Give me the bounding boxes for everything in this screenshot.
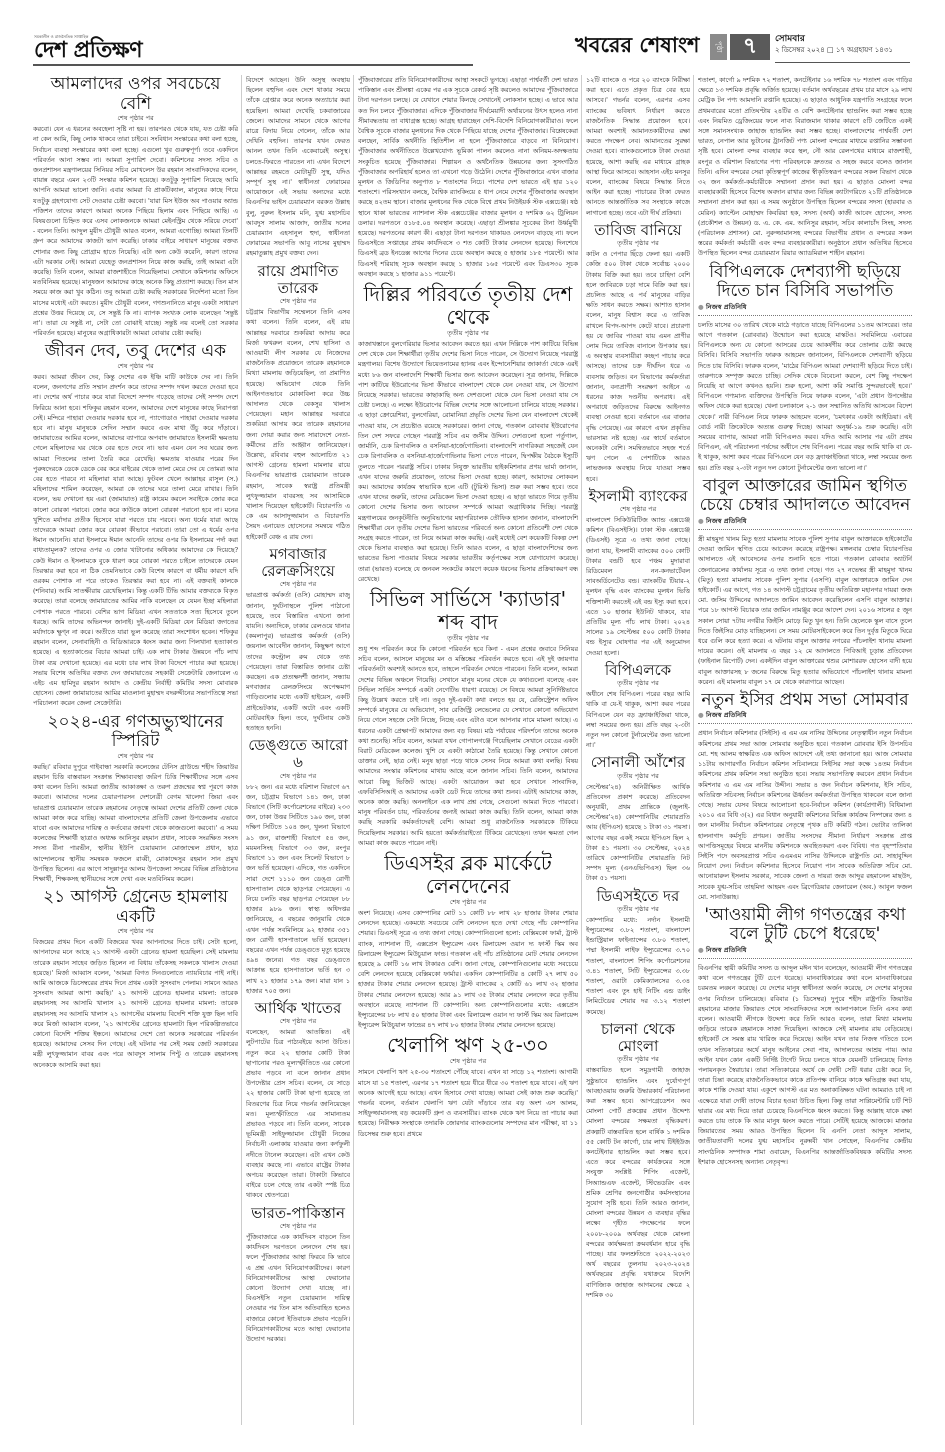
column-divider: [693, 75, 694, 1425]
article-body: বাংলাদেশ সিকিউরিটিজ অ্যান্ড এক্সচেঞ্জ কম…: [586, 515, 690, 658]
article-body: পুঁজিবাজারের প্রতি বিনিয়োগকারীদের আস্থা…: [358, 75, 578, 279]
column-2: বিদেশে আছেন। উনি অসুস্থ অবস্থায় ছিলেন ব…: [246, 75, 350, 1425]
byline: নিজস্ব প্রতিনিধি: [698, 516, 912, 530]
continuation-note: শেষ পৃষ্ঠার পর: [246, 297, 350, 306]
brand-name: দেশ প্রতিক্ষণ: [34, 40, 142, 62]
article-continued-bidesh: বিদেশে আছেন। উনি অসুস্থ অবস্থায় ছিলেন ব…: [246, 75, 350, 259]
article-continued-mongla: শতাংশ, কার্গো ৯ দশমিক ৭২ শতাংশ, কনটেইনার…: [698, 75, 912, 259]
byline: নিজস্ব প্রতিনিধি: [698, 710, 912, 724]
byline: নিজস্ব প্রতিনিধি: [698, 302, 912, 316]
article-body: সামনে খেলাপি ঋণ ২৫-৩০ শতাংশে পৌঁছে যাবে।…: [358, 1067, 578, 1138]
article-21-august: ২১ আগস্ট গ্রেনেড হামলায় একটি শেষ পৃষ্ঠা…: [33, 888, 238, 1070]
page-number: ৭: [730, 34, 770, 60]
masthead: সমকালীন ও রাজনৈতিক সাপ্তাহিক দেশ প্রতিক্…: [0, 0, 945, 62]
article-bpl-deshbyapi: বিপিএলকে দেশব্যাপী ছড়িয়ে দিতে চান বিসি…: [698, 263, 912, 473]
headline: ২১ আগস্ট গ্রেনেড হামলায় একটি: [33, 888, 238, 927]
article-body: ৮৮২ জন। এর মধ্যে বরিশাল বিভাগে ৬৭ জন, চট…: [246, 782, 350, 996]
headline: আমলাদের ওপর সবচেয়ে বেশি: [33, 75, 238, 114]
headline: ডিএসইর ব্লক মার্কেটে লেনদেনের: [358, 852, 578, 898]
continuation-note: শেষ পৃষ্ঠার পর: [246, 1222, 350, 1231]
header-rule-right: [775, 62, 910, 63]
continuation-note: শেষ পৃষ্ঠার পর: [246, 1017, 350, 1026]
article-gonoovyuthan-spirit: ২০২৪-এর গণঅভ্যুত্থানের স্পিরিট শেষ পৃষ্ঠ…: [33, 713, 238, 885]
newspaper-logo: সমকালীন ও রাজনৈতিক সাপ্তাহিক দেশ প্রতিক্…: [34, 34, 142, 62]
article-body: সেপ্টেম্বর'২৪) অনিরীক্ষিত আর্থিক প্রতিবে…: [586, 782, 690, 884]
headline: নতুন ইসির প্রথম সভা সোমবার: [698, 691, 912, 711]
dateline: সোমবার ২ ডিসেম্বর ২০২৪ □ ১৭ অগ্রহায়ণ ১৪…: [775, 33, 945, 55]
article-dillir-poribarte: দিল্লির পরিবর্তে তৃতীয় দেশ থেকে তৃতীয় …: [358, 283, 578, 584]
article-body: কোম্পানির মধ্যে: নর্দান ইসলামী ইন্স্যুরে…: [586, 915, 690, 1017]
continuation-note: তৃতীয় পৃষ্ঠার পর: [586, 239, 690, 248]
article-body: অধীনে শেষ বিপিএল। পরের বছর আমি থাকি বা য…: [586, 689, 690, 750]
article-bharat-pakistan: ভারত-পাকিস্তান শেষ পৃষ্ঠার পর পুঁজিবাজার…: [246, 1205, 350, 1344]
dateline-date: ২ ডিসেম্বর ২০২৪ □ ১৭ অগ্রহায়ণ ১৪৩১: [775, 45, 945, 55]
headline: খেলাপি ঋণ ২৫-৩০: [358, 1034, 578, 1057]
continuation-note: তৃতীয় পৃষ্ঠার পর: [586, 772, 690, 781]
column-divider: [241, 75, 242, 1425]
continuation-note: শেষ পৃষ্ঠার পর: [33, 114, 238, 123]
dateline-day: সোমবার: [775, 33, 945, 45]
article-body: কাজাখস্তানে বুলগেরিয়ার ভিসার আবেদন করতে…: [358, 339, 578, 584]
article-dse-block-market: ডিএসইর ব্লক মার্কেটে লেনদেনের শেষ পৃষ্ঠা…: [358, 852, 578, 1030]
article-continued-punjibazar: পুঁজিবাজারের প্রতি বিনিয়োগকারীদের আস্থা…: [358, 75, 578, 279]
column-1: আমলাদের ওপর সবচেয়ে বেশি শেষ পৃষ্ঠার পর …: [33, 75, 238, 1425]
header-rule-left: [33, 64, 473, 66]
article-body: কাটন ও পেপার ছিঁড়ে ফেলা হয়। একটি কেজি …: [586, 249, 690, 484]
article-civil-service: সিভিল সার্ভিসে 'ক্যাডার' শব্দ বাদ তৃতীয়…: [358, 588, 578, 848]
article-tabij-baniye: তাবিজ বানিয়ে তৃতীয় পৃষ্ঠার পর কাটন ও প…: [586, 222, 690, 484]
column-divider: [581, 75, 582, 1425]
article-body: বাস্তবায়িত হলে সমুদ্রগামী জাহাজ সুষ্ঠুভ…: [586, 1065, 690, 1300]
headline: চালনা থেকে মোংলা: [586, 1021, 690, 1056]
article-sonali-aash: সোনালী আঁশের তৃতীয় পৃষ্ঠার পর সেপ্টেম্ব…: [586, 754, 690, 883]
column-5: শতাংশ, কার্গো ৯ দশমিক ৭২ শতাংশ, কনটেইনার…: [698, 75, 912, 1425]
continuation-note: তৃতীয় পৃষ্ঠার পর: [586, 1055, 690, 1064]
article-dse-dor: ডিএসইতে দর তৃতীয় পৃষ্ঠার পর কোম্পানির ম…: [586, 888, 690, 1017]
article-dengue: ডেঙ্গুতে আরো ৬ শেষ পৃষ্ঠার পর ৮৮২ জন। এর…: [246, 737, 350, 996]
article-chalna-mongla: চালনা থেকে মোংলা তৃতীয় পৃষ্ঠার পর বাস্ত…: [586, 1021, 690, 1300]
article-awami-league-tuti: 'আওয়ামী লীগ গণতন্ত্রের কথা বলে টুটি চেপ…: [698, 906, 912, 1167]
headline: সোনালী আঁশের: [586, 754, 690, 771]
article-jibon-debo: জীবন দেব, তবু দেশের এক শেষ পৃষ্ঠার পর কর…: [33, 342, 238, 708]
column-4: ১২টি ব্যাংকে ও পরে ২০ ব্যাংকে নিরীক্ষা ক…: [586, 75, 690, 1425]
continuation-note: শেষ পৃষ্ঠার পর: [246, 580, 350, 589]
article-body: বিজয়ের প্রথম দিনে একটি বিজয়ের খবর আপনা…: [33, 937, 238, 1070]
article-mogbazar-rail: মগবাজার রেলক্রসিংয়ে শেষ পৃষ্ঠার পর ভারপ…: [246, 546, 350, 733]
headline: রায়ে প্রমাণিত তারেক: [246, 263, 350, 298]
continuation-note: তৃতীয় পৃষ্ঠার পর: [358, 329, 578, 338]
headline: ডিএসইতে দর: [586, 888, 690, 905]
headline: সিভিল সার্ভিসে 'ক্যাডার' শব্দ বাদ: [358, 588, 578, 634]
article-body: বিএনপির স্থায়ী কমিটির সদস্য ড আব্দুল মঈ…: [698, 963, 912, 1167]
headline: জীবন দেব, তবু দেশের এক: [33, 342, 238, 362]
headline: বিপিএলকে: [586, 662, 690, 679]
headline: ইসলামী ব্যাংকের: [586, 488, 690, 505]
headline: ২০২৪-এর গণঅভ্যুত্থানের স্পিরিট: [33, 713, 238, 752]
article-body: শতাংশ, কার্গো ৯ দশমিক ৭২ শতাংশ, কনটেইনার…: [698, 75, 912, 259]
article-amlader-opor: আমলাদের ওপর সবচেয়ে বেশি শেষ পৃষ্ঠার পর …: [33, 75, 238, 338]
article-body: প্রধান নির্বাচন কমিশনার (সিইসি) এ এম এম …: [698, 728, 912, 901]
article-body: চলতি মাসের ৩০ তারিখ থেকে মাঠে গড়াতে যাচ…: [698, 320, 912, 473]
article-body: শুধু শব্দ পরিবর্তন করে কি কোনো পরিবর্তন …: [358, 644, 578, 848]
article-body: ভারপ্রাপ্ত কর্মকর্তা (ওসি) মোহাম্মদ রাজু…: [246, 590, 350, 733]
continuation-note: তৃতীয় পৃষ্ঠার পর: [358, 634, 578, 643]
article-body: স্ত্রী মাহমুদা খানম মিতু হত্যা মামলায় স…: [698, 534, 912, 687]
article-body: অংশ নিয়েছে। এসব কোম্পানির মোট ১১ কোটি ৮…: [358, 908, 578, 1030]
headline: বিপিএলকে দেশব্যাপী ছড়িয়ে দিতে চান বিসি…: [698, 263, 912, 302]
article-bpl-continued: বিপিএলকে তৃতীয় পৃষ্ঠার পর অধীনে শেষ বিপ…: [586, 662, 690, 750]
article-babul-akter: বাবুল আক্তারের জামিন স্থগিত চেয়ে চেম্বা…: [698, 477, 912, 687]
headline: ডেঙ্গুতে আরো ৬: [246, 737, 350, 772]
continuation-note: শেষ পৃষ্ঠার পর: [246, 772, 350, 781]
continuation-note: শেষ পৃষ্ঠার পর: [33, 752, 238, 761]
article-islami-bank: ইসলামী ব্যাংকের শেষ পৃষ্ঠার পর বাংলাদেশ …: [586, 488, 690, 658]
article-body: বলেছেন, আমরা আতঙ্কিত। এই লুটপাটের চিত্র …: [246, 1027, 350, 1200]
continuation-note: শেষ পৃষ্ঠার পর: [358, 898, 578, 907]
continuation-note: শেষ পৃষ্ঠার পর: [358, 1057, 578, 1066]
headline: বাবুল আক্তারের জামিন স্থগিত চেয়ে চেম্বা…: [698, 477, 912, 516]
article-notun-ec: নতুন ইসির প্রথম সভা সোমবার নিজস্ব প্রতিন…: [698, 691, 912, 902]
article-body: পুঁজিবাজারে এক কার্যদিবস বাড়লে তিন কার্…: [246, 1232, 350, 1344]
headline: মগবাজার রেলক্রসিংয়ে: [246, 546, 350, 581]
headline: ভারত-পাকিস্তান: [246, 1205, 350, 1222]
continuation-note: শেষ পৃষ্ঠার পর: [586, 505, 690, 514]
article-body: বিদেশে আছেন। উনি অসুস্থ অবস্থায় ছিলেন ব…: [246, 75, 350, 259]
headline: তাবিজ বানিয়ে: [586, 222, 690, 239]
column-3: পুঁজিবাজারের প্রতি বিনিয়োগকারীদের আস্থা…: [358, 75, 578, 1425]
byline: নিজস্ব প্রতিনিধি: [698, 945, 912, 959]
article-body: করছি।' রবিবার দুপুরে গাইবান্ধা সরকারি কল…: [33, 762, 238, 884]
section-title: খবরের শেষাংশ: [575, 32, 699, 58]
article-continued-bank: ১২টি ব্যাংকে ও পরে ২০ ব্যাংকে নিরীক্ষা ক…: [586, 75, 690, 218]
headline: আর্থিক খাতের: [246, 1000, 350, 1017]
page-label: পৃষ্ঠা: [710, 34, 727, 60]
continuation-note: শেষ পৃষ্ঠার পর: [33, 362, 238, 371]
article-body: ১২টি ব্যাংকে ও পরে ২০ ব্যাংকে নিরীক্ষা ক…: [586, 75, 690, 218]
article-body: করব। আমরা জীবন দেব, কিন্তু দেশের এক ইঞ্চ…: [33, 372, 238, 709]
column-divider: [353, 75, 354, 1425]
article-raye-pramanito: রায়ে প্রমাণিত তারেক শেষ পৃষ্ঠার পর চট্ট…: [246, 263, 350, 542]
headline: 'আওয়ামী লীগ গণতন্ত্রের কথা বলে টুটি চেপ…: [698, 906, 912, 945]
article-khelapi-rin: খেলাপি ঋণ ২৫-৩০ শেষ পৃষ্ঠার পর সামনে খেল…: [358, 1034, 578, 1138]
article-arthik-khat: আর্থিক খাতের শেষ পৃষ্ঠার পর বলেছেন, আমরা…: [246, 1000, 350, 1201]
headline: দিল্লির পরিবর্তে তৃতীয় দেশ থেকে: [358, 283, 578, 329]
continuation-note: শেষ পৃষ্ঠার পর: [33, 927, 238, 936]
article-body: চট্টগ্রাম বিভাগীয় সম্মেলনে তিনি এসব কথা…: [246, 307, 350, 542]
continuation-note: তৃতীয় পৃষ্ঠার পর: [586, 679, 690, 688]
continuation-note: তৃতীয় পৃষ্ঠার পর: [586, 905, 690, 914]
article-body: করবো। যেন এ ধরনের অবহেলা সৃষ্টি না হয়। …: [33, 124, 238, 338]
